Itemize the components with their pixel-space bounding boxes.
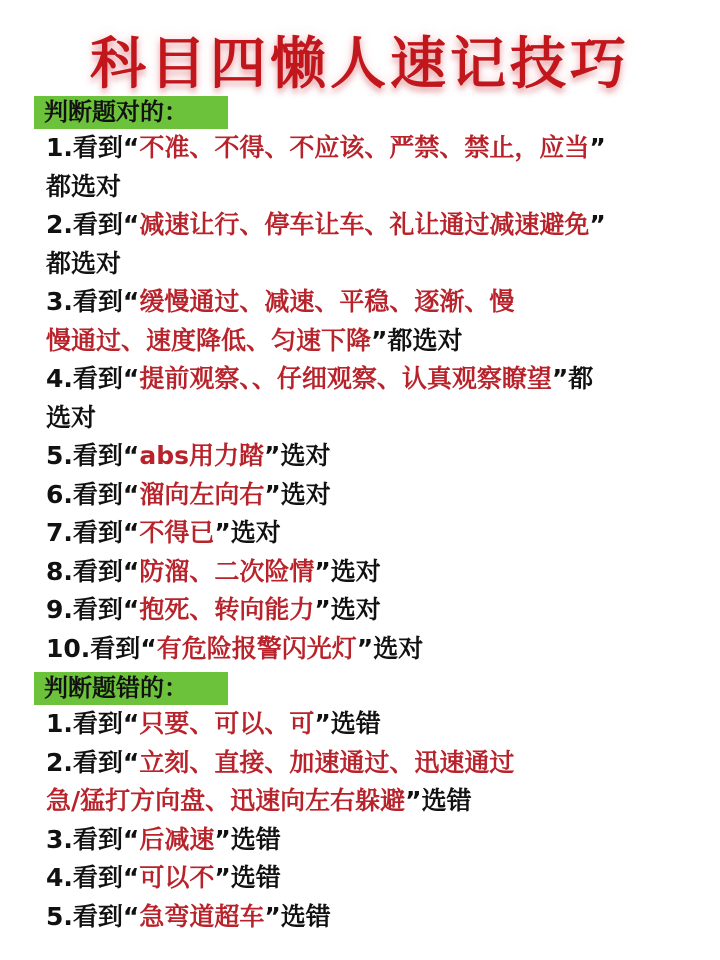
tip-line: 都选对 (46, 168, 710, 207)
tip-prefix: 9.看到 (46, 595, 123, 624)
tip-result: 选错 (422, 786, 472, 815)
tip-line: 选对 (46, 399, 710, 438)
keyword-text: 减速让行、停车让车、礼让通过减速避免 (139, 210, 589, 239)
tip-prefix: 都选对 (46, 249, 121, 278)
tip-prefix: 1.看到 (46, 133, 123, 162)
tip-line: 3.看到“缓慢通过、减速、平稳、逐渐、慢 (46, 283, 710, 322)
open-quote: “ (123, 748, 139, 777)
keyword-text: 提前观察、、仔细观察、认真观察瞭望 (139, 364, 552, 393)
tip-prefix: 3.看到 (46, 825, 123, 854)
close-quote: ” (405, 786, 421, 815)
keyword-text: 慢通过、速度降低、匀速下降 (46, 326, 371, 355)
open-quote: “ (123, 518, 139, 547)
keyword-text: 急/猛打方向盘、迅速向左右躲避 (46, 786, 405, 815)
tip-line: 10.看到“有危险报警闪光灯”选对 (46, 630, 710, 669)
tip-line: 4.看到“提前观察、、仔细观察、认真观察瞭望”都 (46, 360, 710, 399)
tip-line: 急/猛打方向盘、迅速向左右躲避”选错 (46, 782, 710, 821)
close-quote: ” (552, 364, 568, 393)
keyword-text: abs用力踏 (139, 441, 264, 470)
keyword-text: 溜向左向右 (139, 480, 264, 509)
keyword-text: 只要、可以、可 (139, 709, 314, 738)
section-correct: 判断题对的： 1.看到“不准、不得、不应该、严禁、禁止，应当”都选对2.看到“减… (46, 96, 710, 668)
tip-prefix: 4.看到 (46, 863, 123, 892)
tips-content: 判断题对的： 1.看到“不准、不得、不应该、严禁、禁止，应当”都选对2.看到“减… (46, 96, 710, 936)
open-quote: “ (123, 441, 139, 470)
close-quote: ” (264, 441, 280, 470)
tip-line: 5.看到“急弯道超车”选错 (46, 898, 710, 937)
page-title: 科目四懒人速记技巧 (0, 30, 720, 100)
section-label-wrong: 判断题错的： (34, 672, 228, 705)
tip-prefix: 10.看到 (46, 634, 140, 663)
correct-list: 1.看到“不准、不得、不应该、严禁、禁止，应当”都选对2.看到“减速让行、停车让… (46, 129, 710, 668)
open-quote: “ (123, 557, 139, 586)
tip-result: 选对 (373, 634, 423, 663)
close-quote: ” (214, 863, 230, 892)
open-quote: “ (123, 480, 139, 509)
open-quote: “ (123, 825, 139, 854)
tip-result: 选错 (331, 709, 381, 738)
tip-line: 3.看到“后减速”选错 (46, 821, 710, 860)
open-quote: “ (123, 287, 139, 316)
close-quote: ” (214, 518, 230, 547)
tip-prefix: 选对 (46, 403, 96, 432)
close-quote: ” (214, 825, 230, 854)
tip-prefix: 都选对 (46, 172, 121, 201)
keyword-text: 不得已 (139, 518, 214, 547)
tip-result: 选错 (231, 825, 281, 854)
open-quote: “ (123, 863, 139, 892)
tip-line: 9.看到“抱死、转向能力”选对 (46, 591, 710, 630)
close-quote: ” (357, 634, 373, 663)
wrong-list: 1.看到“只要、可以、可”选错2.看到“立刻、直接、加速通过、迅速通过急/猛打方… (46, 705, 710, 936)
tip-line: 6.看到“溜向左向右”选对 (46, 476, 710, 515)
close-quote: ” (314, 595, 330, 624)
tip-line: 1.看到“不准、不得、不应该、严禁、禁止，应当” (46, 129, 710, 168)
close-quote: ” (589, 210, 605, 239)
tip-line: 1.看到“只要、可以、可”选错 (46, 705, 710, 744)
tip-prefix: 6.看到 (46, 480, 123, 509)
tip-result: 选对 (281, 480, 331, 509)
keyword-text: 有危险报警闪光灯 (157, 634, 357, 663)
tip-result: 选对 (331, 595, 381, 624)
open-quote: “ (123, 709, 139, 738)
tip-result: 都选对 (387, 326, 462, 355)
tip-result: 选对 (331, 557, 381, 586)
section-label-correct: 判断题对的： (34, 96, 228, 129)
keyword-text: 可以不 (139, 863, 214, 892)
tip-prefix: 1.看到 (46, 709, 123, 738)
tip-result: 选错 (231, 863, 281, 892)
open-quote: “ (123, 364, 139, 393)
tip-prefix: 3.看到 (46, 287, 123, 316)
tip-line: 5.看到“abs用力踏”选对 (46, 437, 710, 476)
close-quote: ” (314, 709, 330, 738)
tip-result: 选对 (231, 518, 281, 547)
tip-result: 选错 (281, 902, 331, 931)
tip-prefix: 4.看到 (46, 364, 123, 393)
open-quote: “ (123, 210, 139, 239)
tip-line: 7.看到“不得已”选对 (46, 514, 710, 553)
open-quote: “ (123, 133, 139, 162)
close-quote: ” (264, 902, 280, 931)
keyword-text: 立刻、直接、加速通过、迅速通过 (139, 748, 514, 777)
keyword-text: 防溜、二次险情 (139, 557, 314, 586)
tip-prefix: 5.看到 (46, 441, 123, 470)
tip-line: 8.看到“防溜、二次险情”选对 (46, 553, 710, 592)
keyword-text: 抱死、转向能力 (139, 595, 314, 624)
close-quote: ” (371, 326, 387, 355)
keyword-text: 后减速 (139, 825, 214, 854)
close-quote: ” (589, 133, 605, 162)
open-quote: “ (123, 595, 139, 624)
tip-prefix: 5.看到 (46, 902, 123, 931)
open-quote: “ (123, 902, 139, 931)
tip-line: 2.看到“减速让行、停车让车、礼让通过减速避免” (46, 206, 710, 245)
section-wrong: 判断题错的： 1.看到“只要、可以、可”选错2.看到“立刻、直接、加速通过、迅速… (46, 672, 710, 936)
close-quote: ” (314, 557, 330, 586)
tip-prefix: 2.看到 (46, 210, 123, 239)
tip-result: 选对 (280, 441, 330, 470)
tip-line: 慢通过、速度降低、匀速下降”都选对 (46, 322, 710, 361)
keyword-text: 不准、不得、不应该、严禁、禁止，应当 (139, 133, 589, 162)
tip-line: 都选对 (46, 245, 710, 284)
close-quote: ” (264, 480, 280, 509)
open-quote: “ (140, 634, 156, 663)
keyword-text: 缓慢通过、减速、平稳、逐渐、慢 (139, 287, 514, 316)
keyword-text: 急弯道超车 (139, 902, 264, 931)
tip-result: 都 (568, 364, 593, 393)
tip-prefix: 7.看到 (46, 518, 123, 547)
tip-prefix: 2.看到 (46, 748, 123, 777)
tip-line: 4.看到“可以不”选错 (46, 859, 710, 898)
tip-prefix: 8.看到 (46, 557, 123, 586)
tip-line: 2.看到“立刻、直接、加速通过、迅速通过 (46, 744, 710, 783)
